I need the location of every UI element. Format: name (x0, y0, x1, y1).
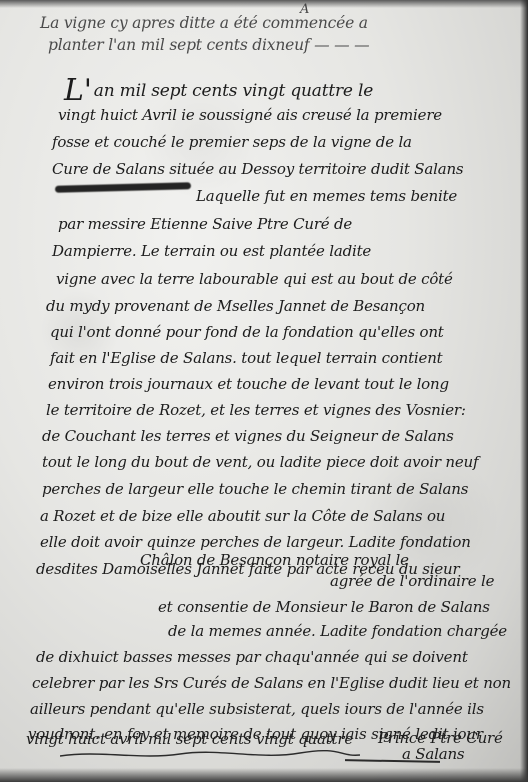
body-line-23: de la memes année. Ladite fondation char… (168, 622, 507, 640)
body-line-18: elle doit avoir quinze perches de largeu… (40, 533, 471, 551)
flourish-line-icon (60, 748, 360, 762)
page-right-edge (520, 0, 528, 782)
body-line-14: de Couchant les terres et vignes du Seig… (42, 427, 454, 445)
struck-out-text (55, 182, 191, 193)
signature-underline (345, 759, 440, 763)
body-line-5: Laquelle fut en memes tems benite (196, 187, 457, 205)
body-line-24: de dixhuict basses messes par chaqu'anné… (36, 648, 468, 666)
page-bottom-edge (0, 768, 528, 782)
body-line-7: Dampierre. Le terrain ou est plantée lad… (52, 242, 371, 260)
body-line-13: le territoire de Rozet, et les terres et… (46, 401, 466, 419)
heading-line-2: planter l'an mil sept cents dixneuf — — … (48, 36, 369, 54)
body-line-28: vingt huict avril mil sept cents vingt q… (26, 730, 353, 748)
body-line-1: L'an mil sept cents vingt quattre le (64, 72, 373, 102)
body-line-12: environ trois journaux et touche de leva… (48, 375, 449, 393)
body-line-8: vigne avec la terre labourable qui est a… (56, 270, 453, 288)
body-line-3: fosse et couché le premier seps de la vi… (52, 133, 412, 151)
manuscript-page: A La vigne cy apres ditte a été commencé… (0, 0, 528, 782)
body-line-6: par messire Etienne Saive Ptre Curé de (58, 215, 352, 233)
body-line-16: perches de largeur elle touche le chemin… (42, 480, 468, 498)
body-line-20: Châlon de Besançon notaire royal le (140, 551, 409, 569)
page-top-edge (0, 0, 528, 8)
body-line-10: qui l'ont donné pour fond de la fondatio… (50, 323, 444, 341)
body-line-21: agrée de l'ordinaire le (330, 572, 494, 590)
body-line-1-text: an mil sept cents vingt quattre le (94, 81, 373, 101)
heading-line-1: La vigne cy apres ditte a été commencée … (40, 14, 368, 32)
body-line-26: ailleurs pendant qu'elle subsisterat, qu… (30, 700, 484, 718)
body-line-22: et consentie de Monsieur le Baron de Sal… (158, 598, 490, 616)
body-line-2: vingt huict Avril ie soussigné ais creus… (58, 106, 442, 124)
drop-cap-letter: L' (64, 73, 92, 108)
body-line-11: fait en l'Eglise de Salans. tout lequel … (50, 349, 443, 367)
body-line-17: a Rozet et de bize elle aboutit sur la C… (40, 507, 445, 525)
body-line-4: Cure de Salans située au Dessoy territoi… (52, 160, 463, 178)
body-line-25: celebrer par les Srs Curés de Salans en … (32, 674, 511, 692)
body-line-15: tout le long du bout de vent, ou ladite … (42, 453, 478, 471)
body-line-9: du mydy provenant de Mselles Jannet de B… (46, 297, 425, 315)
